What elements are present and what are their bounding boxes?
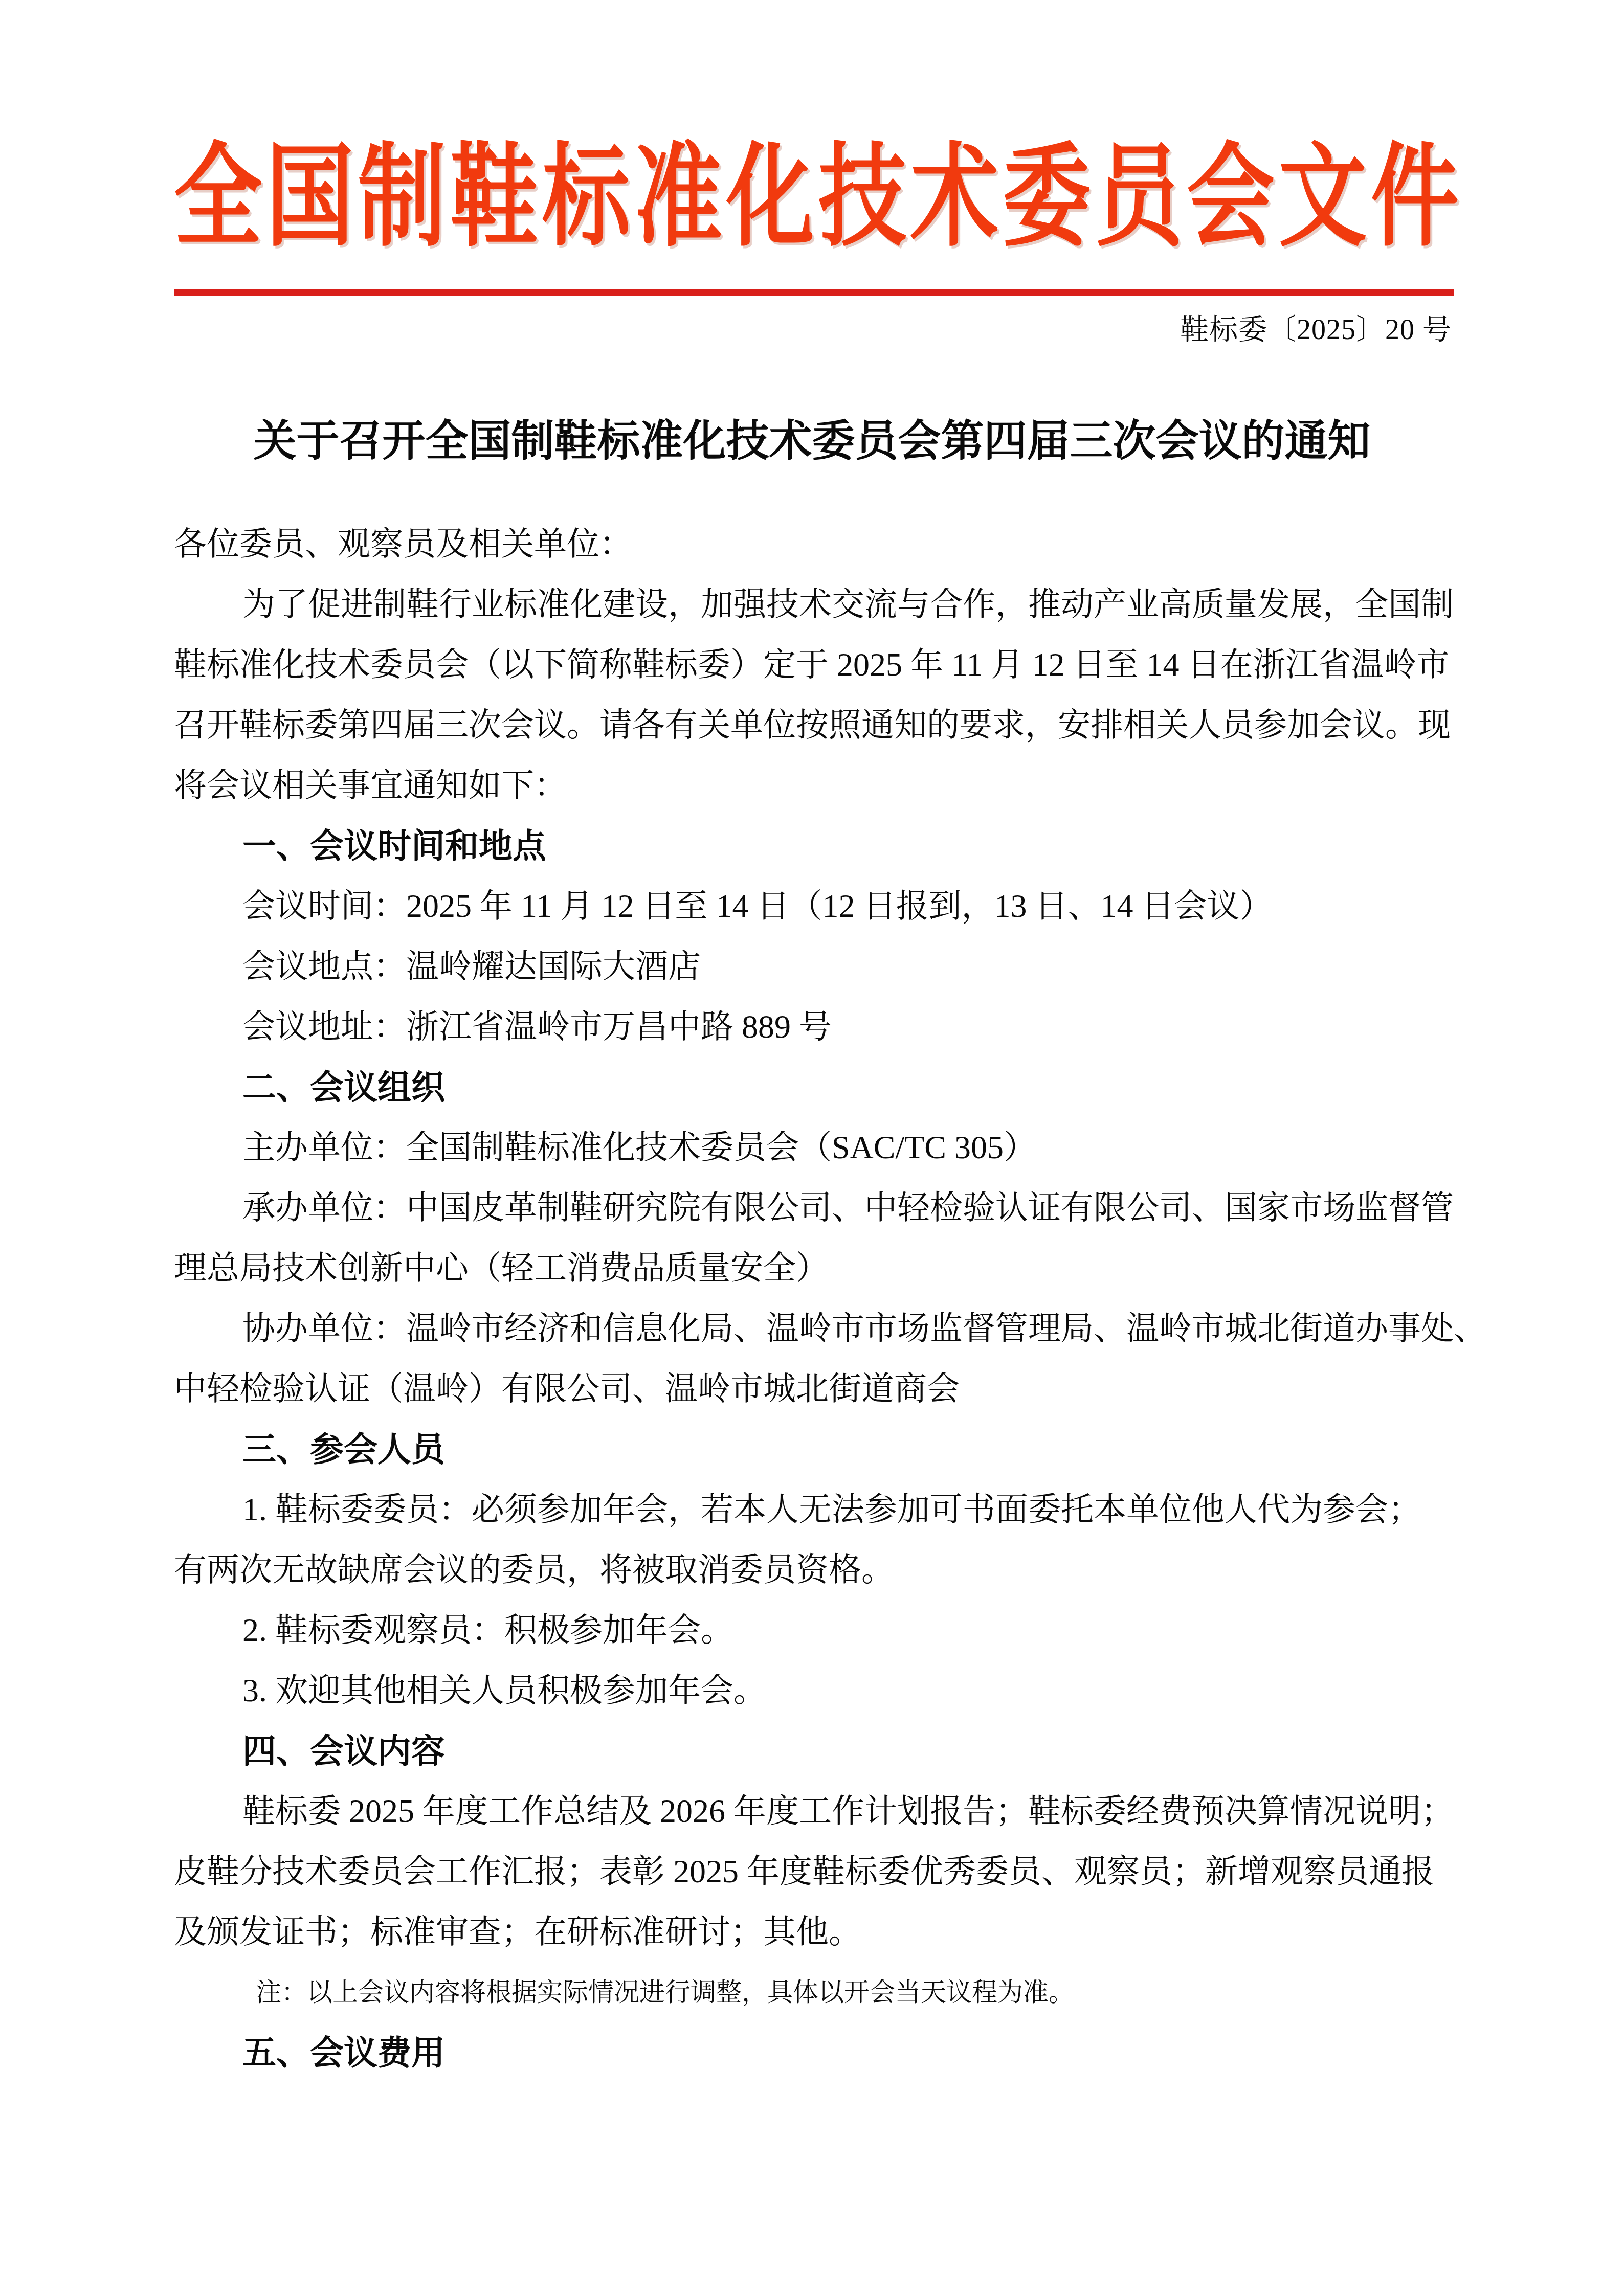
section-heading: 一、会议时间和地点 — [174, 816, 1454, 876]
body-line: 会议地址：浙江省温岭市万昌中路 889 号 — [174, 997, 1454, 1057]
letterhead-org-title: 全国制鞋标准化技术委员会文件 — [174, 142, 1463, 254]
body-line: 理总局技术创新中心（轻工消费品质量安全） — [174, 1238, 1454, 1298]
body-line: 皮鞋分技术委员会工作汇报；表彰 2025 年度鞋标委优秀委员、观察员；新增观察员… — [174, 1841, 1454, 1902]
body-line: 鞋标委 2025 年度工作总结及 2026 年度工作计划报告；鞋标委经费预决算情… — [174, 1781, 1454, 1841]
body-line: 各位委员、观察员及相关单位： — [174, 514, 1454, 574]
body-line: 召开鞋标委第四届三次会议。请各有关单位按照通知的要求，安排相关人员参加会议。现 — [174, 695, 1454, 755]
document-number: 鞋标委〔2025〕20 号 — [1180, 313, 1452, 347]
letterhead: 全国制鞋标准化技术委员会文件 — [174, 142, 1453, 230]
body-line: 及颁发证书；标准审查；在研标准研讨；其他。 — [174, 1902, 1454, 1962]
body-line: 主办单位：全国制鞋标准化技术委员会（SAC/TC 305） — [174, 1117, 1454, 1178]
body-line: 协办单位：温岭市经济和信息化局、温岭市市场监督管理局、温岭市城北街道办事处、 — [174, 1298, 1454, 1359]
letterhead-divider-rule — [174, 289, 1454, 296]
body-line: 2. 鞋标委观察员：积极参加年会。 — [174, 1600, 1454, 1660]
section-heading: 四、会议内容 — [174, 1721, 1454, 1781]
section-heading: 五、会议费用 — [174, 2022, 1454, 2083]
section-heading: 二、会议组织 — [174, 1057, 1454, 1117]
body-line: 1. 鞋标委委员：必须参加年会，若本人无法参加可书面委托本单位他人代为参会； — [174, 1479, 1454, 1540]
document-body: 各位委员、观察员及相关单位：为了促进制鞋行业标准化建设，加强技术交流与合作，推动… — [174, 514, 1454, 2083]
document-title: 关于召开全国制鞋标准化技术委员会第四届三次会议的通知 — [0, 417, 1624, 467]
body-line: 注：以上会议内容将根据实际情况进行调整，具体以开会当天议程为准。 — [174, 1962, 1454, 2022]
body-line: 鞋标准化技术委员会（以下简称鞋标委）定于 2025 年 11 月 12 日至 1… — [174, 635, 1454, 695]
section-heading: 三、参会人员 — [174, 1419, 1454, 1479]
body-line: 会议地点：温岭耀达国际大酒店 — [174, 936, 1454, 997]
body-line: 会议时间：2025 年 11 月 12 日至 14 日（12 日报到，13 日、… — [174, 876, 1454, 936]
body-line: 为了促进制鞋行业标准化建设，加强技术交流与合作，推动产业高质量发展，全国制 — [174, 574, 1454, 635]
body-line: 将会议相关事宜通知如下： — [174, 755, 1454, 816]
body-line: 中轻检验认证（温岭）有限公司、温岭市城北街道商会 — [174, 1359, 1454, 1419]
body-line: 有两次无故缺席会议的委员，将被取消委员资格。 — [174, 1540, 1454, 1600]
official-document-page: 全国制鞋标准化技术委员会文件 鞋标委〔2025〕20 号 关于召开全国制鞋标准化… — [0, 0, 1624, 2296]
body-line: 3. 欢迎其他相关人员积极参加年会。 — [174, 1660, 1454, 1721]
body-line: 承办单位：中国皮革制鞋研究院有限公司、中轻检验认证有限公司、国家市场监督管 — [174, 1178, 1454, 1238]
